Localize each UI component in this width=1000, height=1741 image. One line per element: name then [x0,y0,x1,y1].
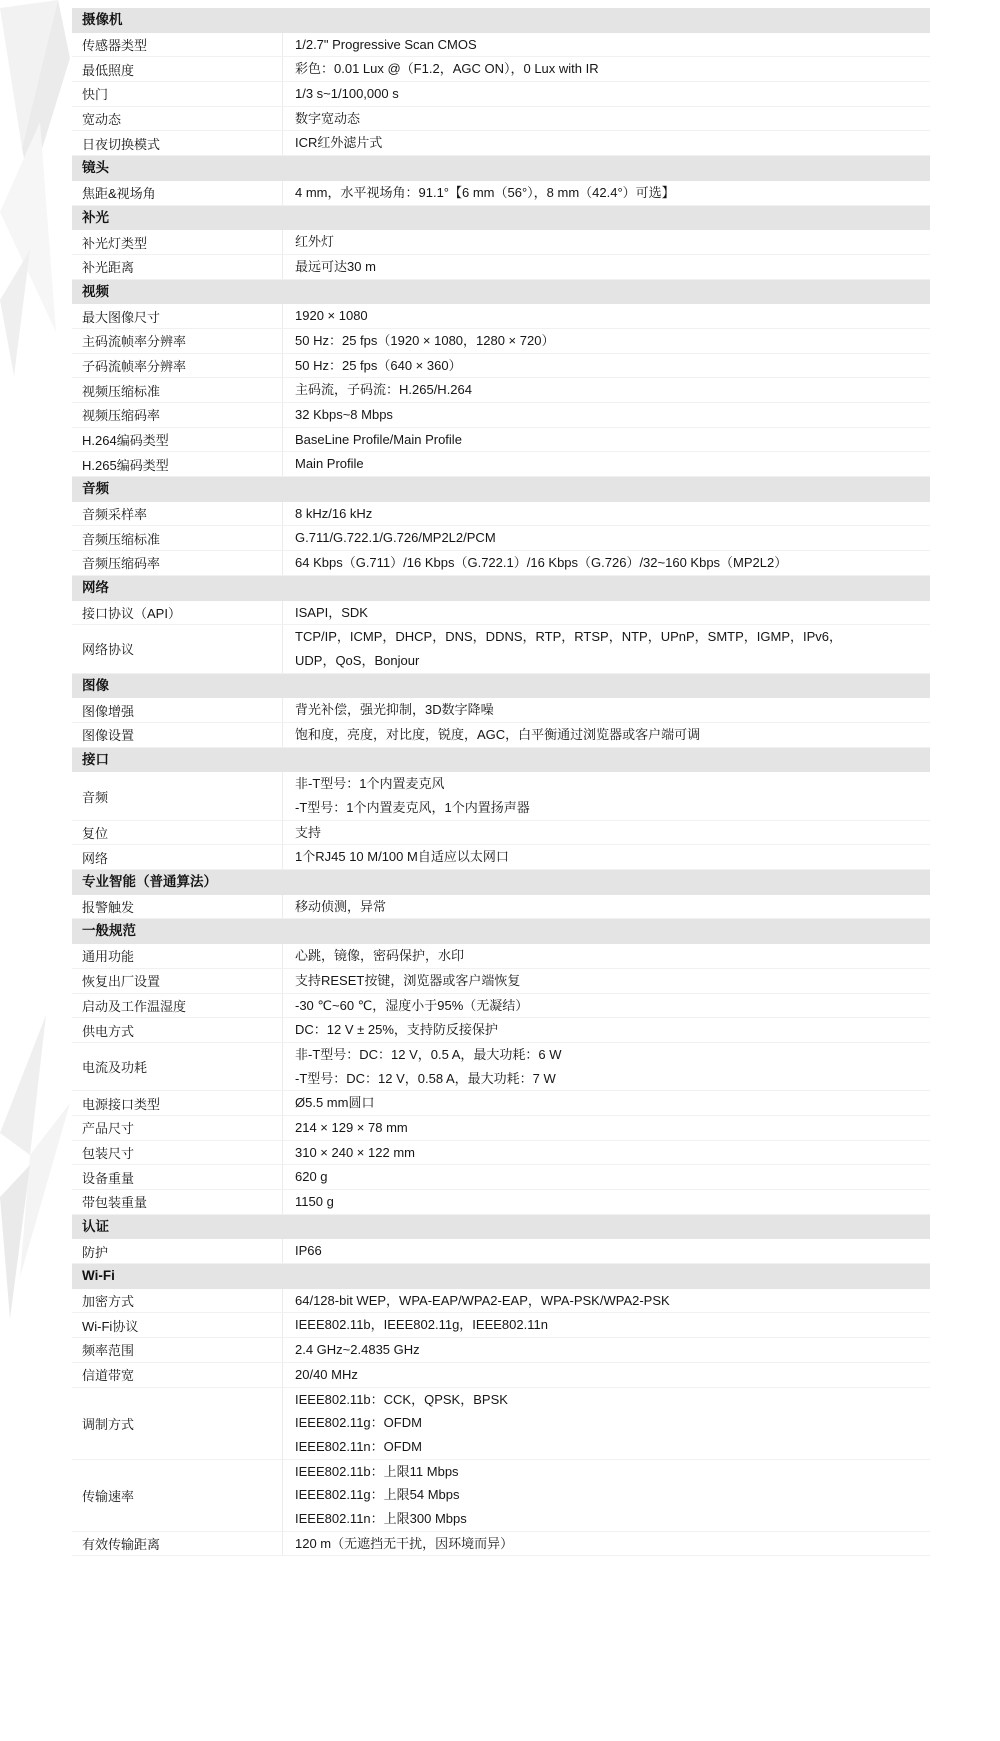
section-header: 视频 [72,280,930,305]
table-row: 带包装重量1150 g [72,1190,930,1215]
spec-label: 视频压缩码率 [72,403,283,427]
section-header: 一般规范 [72,919,930,944]
table-row: H.265编码类型Main Profile [72,452,930,477]
spec-value-line: 饱和度，亮度，对比度，锐度，AGC，白平衡通过浏览器或客户端可调 [295,723,930,747]
spec-value-line: 8 kHz/16 kHz [295,502,930,526]
spec-label: 音频压缩标准 [72,526,283,550]
spec-label: 复位 [72,821,283,845]
table-row: 包装尺寸310 × 240 × 122 mm [72,1141,930,1166]
spec-value: 移动侦测，异常 [283,895,930,919]
spec-value-line: 310 × 240 × 122 mm [295,1141,930,1165]
spec-label: 网络 [72,845,283,869]
spec-value: -30 ℃~60 ℃，湿度小于95%（无凝结） [283,994,930,1018]
spec-value-line: 50 Hz：25 fps（1920 × 1080，1280 × 720） [295,329,930,353]
spec-value-line: 50 Hz：25 fps（640 × 360） [295,354,930,378]
page: { "page": { "background": "#ffffff", "se… [0,0,1000,1741]
spec-value: IEEE802.11b：上限11 MbpsIEEE802.11g：上限54 Mb… [283,1460,930,1531]
spec-value: 1920 × 1080 [283,304,930,328]
spec-label: 图像增强 [72,698,283,722]
spec-value-line: 支持 [295,821,930,845]
table-row: 补光灯类型红外灯 [72,230,930,255]
spec-value-line: 120 m（无遮挡无干扰，因环境而异） [295,1532,930,1556]
table-row: 音频采样率8 kHz/16 kHz [72,502,930,527]
table-row: 加密方式64/128-bit WEP，WPA-EAP/WPA2-EAP，WPA-… [72,1289,930,1314]
spec-value-line: 2.4 GHz~2.4835 GHz [295,1338,930,1362]
spec-value-line: 支持RESET按键，浏览器或客户端恢复 [295,969,930,993]
spec-value-line: G.711/G.722.1/G.726/MP2L2/PCM [295,526,930,550]
table-row: 有效传输距离120 m（无遮挡无干扰，因环境而异） [72,1532,930,1557]
table-row: 宽动态数字宽动态 [72,107,930,132]
spec-value: BaseLine Profile/Main Profile [283,428,930,452]
spec-label: 恢复出厂设置 [72,969,283,993]
table-row: 图像增强背光补偿，强光抑制，3D数字降噪 [72,698,930,723]
spec-value: 心跳，镜像，密码保护，水印 [283,944,930,968]
spec-value: 数字宽动态 [283,107,930,131]
table-row: Wi-Fi协议IEEE802.11b，IEEE802.11g，IEEE802.1… [72,1313,930,1338]
spec-value: Ø5.5 mm圆口 [283,1091,930,1115]
table-row: 视频压缩标准主码流，子码流：H.265/H.264 [72,378,930,403]
table-row: 防护IP66 [72,1239,930,1264]
spec-value-line: 1920 × 1080 [295,304,930,328]
spec-label: 调制方式 [72,1388,283,1459]
spec-label: 视频压缩标准 [72,378,283,402]
section-header: 接口 [72,748,930,773]
spec-value-line: -T型号：DC：12 V，0.58 A，最大功耗：7 W [295,1067,930,1091]
spec-value: 饱和度，亮度，对比度，锐度，AGC，白平衡通过浏览器或客户端可调 [283,723,930,747]
spec-value-line: -30 ℃~60 ℃，湿度小于95%（无凝结） [295,994,930,1018]
table-row: 子码流帧率分辨率50 Hz：25 fps（640 × 360） [72,354,930,379]
spec-value: 红外灯 [283,230,930,254]
spec-value-line: 移动侦测，异常 [295,895,930,919]
spec-value: 背光补偿，强光抑制，3D数字降噪 [283,698,930,722]
spec-value: 50 Hz：25 fps（1920 × 1080，1280 × 720） [283,329,930,353]
table-row: 传感器类型1/2.7" Progressive Scan CMOS [72,33,930,58]
table-row: 视频压缩码率32 Kbps~8 Mbps [72,403,930,428]
section-header: 图像 [72,674,930,699]
spec-value: 214 × 129 × 78 mm [283,1116,930,1140]
spec-value-line: 心跳，镜像，密码保护，水印 [295,944,930,968]
spec-label: 快门 [72,82,283,106]
spec-label: 音频采样率 [72,502,283,526]
spec-value-line: 64/128-bit WEP，WPA-EAP/WPA2-EAP，WPA-PSK/… [295,1289,930,1313]
spec-value: 2.4 GHz~2.4835 GHz [283,1338,930,1362]
spec-value: 620 g [283,1165,930,1189]
table-row: 恢复出厂设置支持RESET按键，浏览器或客户端恢复 [72,969,930,994]
spec-value: IP66 [283,1239,930,1263]
spec-value: 最远可达30 m [283,255,930,279]
table-row: 焦距&视场角4 mm，水平视场角：91.1°【6 mm（56°），8 mm（42… [72,181,930,206]
section-header: 音频 [72,477,930,502]
spec-label: 频率范围 [72,1338,283,1362]
spec-label: Wi-Fi协议 [72,1313,283,1337]
table-row: 接口协议（API）ISAPI，SDK [72,601,930,626]
watermark-graphic [0,1015,70,1345]
spec-label: 网络协议 [72,625,283,672]
table-row: H.264编码类型BaseLine Profile/Main Profile [72,428,930,453]
table-row: 最低照度彩色：0.01 Lux @（F1.2，AGC ON），0 Lux wit… [72,57,930,82]
spec-label: 最低照度 [72,57,283,81]
spec-value-line: 非-T型号：DC：12 V，0.5 A，最大功耗：6 W [295,1043,930,1067]
spec-value-line: Ø5.5 mm圆口 [295,1091,930,1115]
spec-value: 1个RJ45 10 M/100 M自适应以太网口 [283,845,930,869]
table-row: 日夜切换模式ICR红外滤片式 [72,131,930,156]
spec-value: TCP/IP，ICMP，DHCP，DNS，DDNS，RTP，RTSP，NTP，U… [283,625,930,672]
spec-label: 焦距&视场角 [72,181,283,205]
spec-value-line: 1/3 s~1/100,000 s [295,82,930,106]
spec-value-line: IEEE802.11g：上限54 Mbps [295,1483,930,1507]
table-row: 音频压缩标准G.711/G.722.1/G.726/MP2L2/PCM [72,526,930,551]
section-header: 专业智能（普通算法） [72,870,930,895]
spec-value: G.711/G.722.1/G.726/MP2L2/PCM [283,526,930,550]
spec-value-line: IEEE802.11b，IEEE802.11g，IEEE802.11n [295,1313,930,1337]
spec-value-line: 主码流，子码流：H.265/H.264 [295,378,930,402]
spec-label: 电源接口类型 [72,1091,283,1115]
table-row: 网络协议TCP/IP，ICMP，DHCP，DNS，DDNS，RTP，RTSP，N… [72,625,930,673]
spec-value: 支持 [283,821,930,845]
spec-label: 传感器类型 [72,33,283,57]
spec-value-line: TCP/IP，ICMP，DHCP，DNS，DDNS，RTP，RTSP，NTP，U… [295,625,930,649]
spec-value: 主码流，子码流：H.265/H.264 [283,378,930,402]
spec-value-line: 64 Kbps（G.711）/16 Kbps（G.722.1）/16 Kbps（… [295,551,930,575]
spec-value-line: 最远可达30 m [295,255,930,279]
spec-value-line: 数字宽动态 [295,107,930,131]
spec-label: 补光灯类型 [72,230,283,254]
spec-value-line: DC：12 V ± 25%，支持防反接保护 [295,1018,930,1042]
spec-value: IEEE802.11b，IEEE802.11g，IEEE802.11n [283,1313,930,1337]
spec-label: 图像设置 [72,723,283,747]
table-row: 最大图像尺寸1920 × 1080 [72,304,930,329]
spec-label: 电流及功耗 [72,1043,283,1090]
spec-label: 包装尺寸 [72,1141,283,1165]
spec-value-line: IEEE802.11g：OFDM [295,1411,930,1435]
spec-value: 8 kHz/16 kHz [283,502,930,526]
spec-value: 32 Kbps~8 Mbps [283,403,930,427]
spec-value: 彩色：0.01 Lux @（F1.2，AGC ON），0 Lux with IR [283,57,930,81]
table-row: 频率范围2.4 GHz~2.4835 GHz [72,1338,930,1363]
spec-value-line: IEEE802.11b：CCK，QPSK，BPSK [295,1388,930,1412]
spec-value: 20/40 MHz [283,1363,930,1387]
spec-value: 120 m（无遮挡无干扰，因环境而异） [283,1532,930,1556]
spec-value-line: UDP，QoS，Bonjour [295,649,930,673]
spec-value: 非-T型号：DC：12 V，0.5 A，最大功耗：6 W-T型号：DC：12 V… [283,1043,930,1090]
table-row: 音频压缩码率64 Kbps（G.711）/16 Kbps（G.722.1）/16… [72,551,930,576]
spec-label: 信道带宽 [72,1363,283,1387]
spec-label: H.265编码类型 [72,452,283,476]
spec-label: 有效传输距离 [72,1532,283,1556]
section-header: 认证 [72,1215,930,1240]
table-row: 电源接口类型Ø5.5 mm圆口 [72,1091,930,1116]
spec-table: 摄像机传感器类型1/2.7" Progressive Scan CMOS最低照度… [72,8,930,1556]
spec-label: 产品尺寸 [72,1116,283,1140]
spec-label: 音频 [72,772,283,819]
spec-label: 启动及工作温湿度 [72,994,283,1018]
spec-value-line: Main Profile [295,452,930,476]
table-row: 通用功能心跳，镜像，密码保护，水印 [72,944,930,969]
spec-value: 支持RESET按键，浏览器或客户端恢复 [283,969,930,993]
spec-label: 接口协议（API） [72,601,283,625]
section-header: 补光 [72,206,930,231]
spec-label: 音频压缩码率 [72,551,283,575]
spec-value-line: 214 × 129 × 78 mm [295,1116,930,1140]
spec-value-line: -T型号：1个内置麦克风，1个内置扬声器 [295,796,930,820]
spec-value-line: 1150 g [295,1190,930,1214]
table-row: 音频非-T型号：1个内置麦克风-T型号：1个内置麦克风，1个内置扬声器 [72,772,930,820]
table-row: 启动及工作温湿度-30 ℃~60 ℃，湿度小于95%（无凝结） [72,994,930,1019]
spec-label: 通用功能 [72,944,283,968]
spec-value: 310 × 240 × 122 mm [283,1141,930,1165]
spec-value-line: 彩色：0.01 Lux @（F1.2，AGC ON），0 Lux with IR [295,57,930,81]
spec-value-line: 1/2.7" Progressive Scan CMOS [295,33,930,57]
spec-label: 加密方式 [72,1289,283,1313]
spec-value-line: IEEE802.11n：OFDM [295,1435,930,1459]
section-header: 镜头 [72,156,930,181]
spec-label: 防护 [72,1239,283,1263]
spec-value-line: IEEE802.11b：上限11 Mbps [295,1460,930,1484]
spec-value: 1/3 s~1/100,000 s [283,82,930,106]
spec-value-line: 4 mm，水平视场角：91.1°【6 mm（56°），8 mm（42.4°）可选… [295,181,930,205]
spec-value-line: 20/40 MHz [295,1363,930,1387]
spec-value-line: ICR红外滤片式 [295,131,930,155]
table-row: 复位支持 [72,821,930,846]
spec-label: 报警触发 [72,895,283,919]
table-row: 电流及功耗非-T型号：DC：12 V，0.5 A，最大功耗：6 W-T型号：DC… [72,1043,930,1091]
spec-label: 设备重量 [72,1165,283,1189]
spec-value-line: 非-T型号：1个内置麦克风 [295,772,930,796]
spec-value-line: ISAPI，SDK [295,601,930,625]
spec-value: 64/128-bit WEP，WPA-EAP/WPA2-EAP，WPA-PSK/… [283,1289,930,1313]
spec-value-line: 1个RJ45 10 M/100 M自适应以太网口 [295,845,930,869]
spec-label: 传输速率 [72,1460,283,1531]
spec-value: 1/2.7" Progressive Scan CMOS [283,33,930,57]
table-row: 产品尺寸214 × 129 × 78 mm [72,1116,930,1141]
spec-value-line: 620 g [295,1165,930,1189]
spec-value-line: 32 Kbps~8 Mbps [295,403,930,427]
spec-label: 最大图像尺寸 [72,304,283,328]
spec-value: 4 mm，水平视场角：91.1°【6 mm（56°），8 mm（42.4°）可选… [283,181,930,205]
spec-value: ISAPI，SDK [283,601,930,625]
spec-label: 供电方式 [72,1018,283,1042]
section-header: 网络 [72,576,930,601]
spec-label: H.264编码类型 [72,428,283,452]
section-header: 摄像机 [72,8,930,33]
spec-label: 主码流帧率分辨率 [72,329,283,353]
spec-value: 非-T型号：1个内置麦克风-T型号：1个内置麦克风，1个内置扬声器 [283,772,930,819]
spec-label: 子码流帧率分辨率 [72,354,283,378]
section-header: Wi-Fi [72,1264,930,1289]
table-row: 设备重量620 g [72,1165,930,1190]
spec-value: DC：12 V ± 25%，支持防反接保护 [283,1018,930,1042]
spec-value: 1150 g [283,1190,930,1214]
table-row: 供电方式DC：12 V ± 25%，支持防反接保护 [72,1018,930,1043]
table-row: 传输速率IEEE802.11b：上限11 MbpsIEEE802.11g：上限5… [72,1460,930,1532]
table-row: 报警触发移动侦测，异常 [72,895,930,920]
spec-value-line: BaseLine Profile/Main Profile [295,428,930,452]
spec-label: 日夜切换模式 [72,131,283,155]
spec-value-line: IEEE802.11n：上限300 Mbps [295,1507,930,1531]
spec-label: 带包装重量 [72,1190,283,1214]
spec-value: IEEE802.11b：CCK，QPSK，BPSKIEEE802.11g：OFD… [283,1388,930,1459]
table-row: 信道带宽20/40 MHz [72,1363,930,1388]
table-row: 调制方式IEEE802.11b：CCK，QPSK，BPSKIEEE802.11g… [72,1388,930,1460]
table-row: 图像设置饱和度，亮度，对比度，锐度，AGC，白平衡通过浏览器或客户端可调 [72,723,930,748]
spec-value-line: IP66 [295,1239,930,1263]
table-row: 补光距离最远可达30 m [72,255,930,280]
spec-label: 宽动态 [72,107,283,131]
table-row: 网络1个RJ45 10 M/100 M自适应以太网口 [72,845,930,870]
table-row: 快门1/3 s~1/100,000 s [72,82,930,107]
spec-value-line: 红外灯 [295,230,930,254]
spec-label: 补光距离 [72,255,283,279]
table-row: 主码流帧率分辨率50 Hz：25 fps（1920 × 1080，1280 × … [72,329,930,354]
spec-value: ICR红外滤片式 [283,131,930,155]
spec-value: 50 Hz：25 fps（640 × 360） [283,354,930,378]
spec-value: Main Profile [283,452,930,476]
spec-value-line: 背光补偿，强光抑制，3D数字降噪 [295,698,930,722]
spec-value: 64 Kbps（G.711）/16 Kbps（G.722.1）/16 Kbps（… [283,551,930,575]
watermark-graphic [0,0,70,380]
